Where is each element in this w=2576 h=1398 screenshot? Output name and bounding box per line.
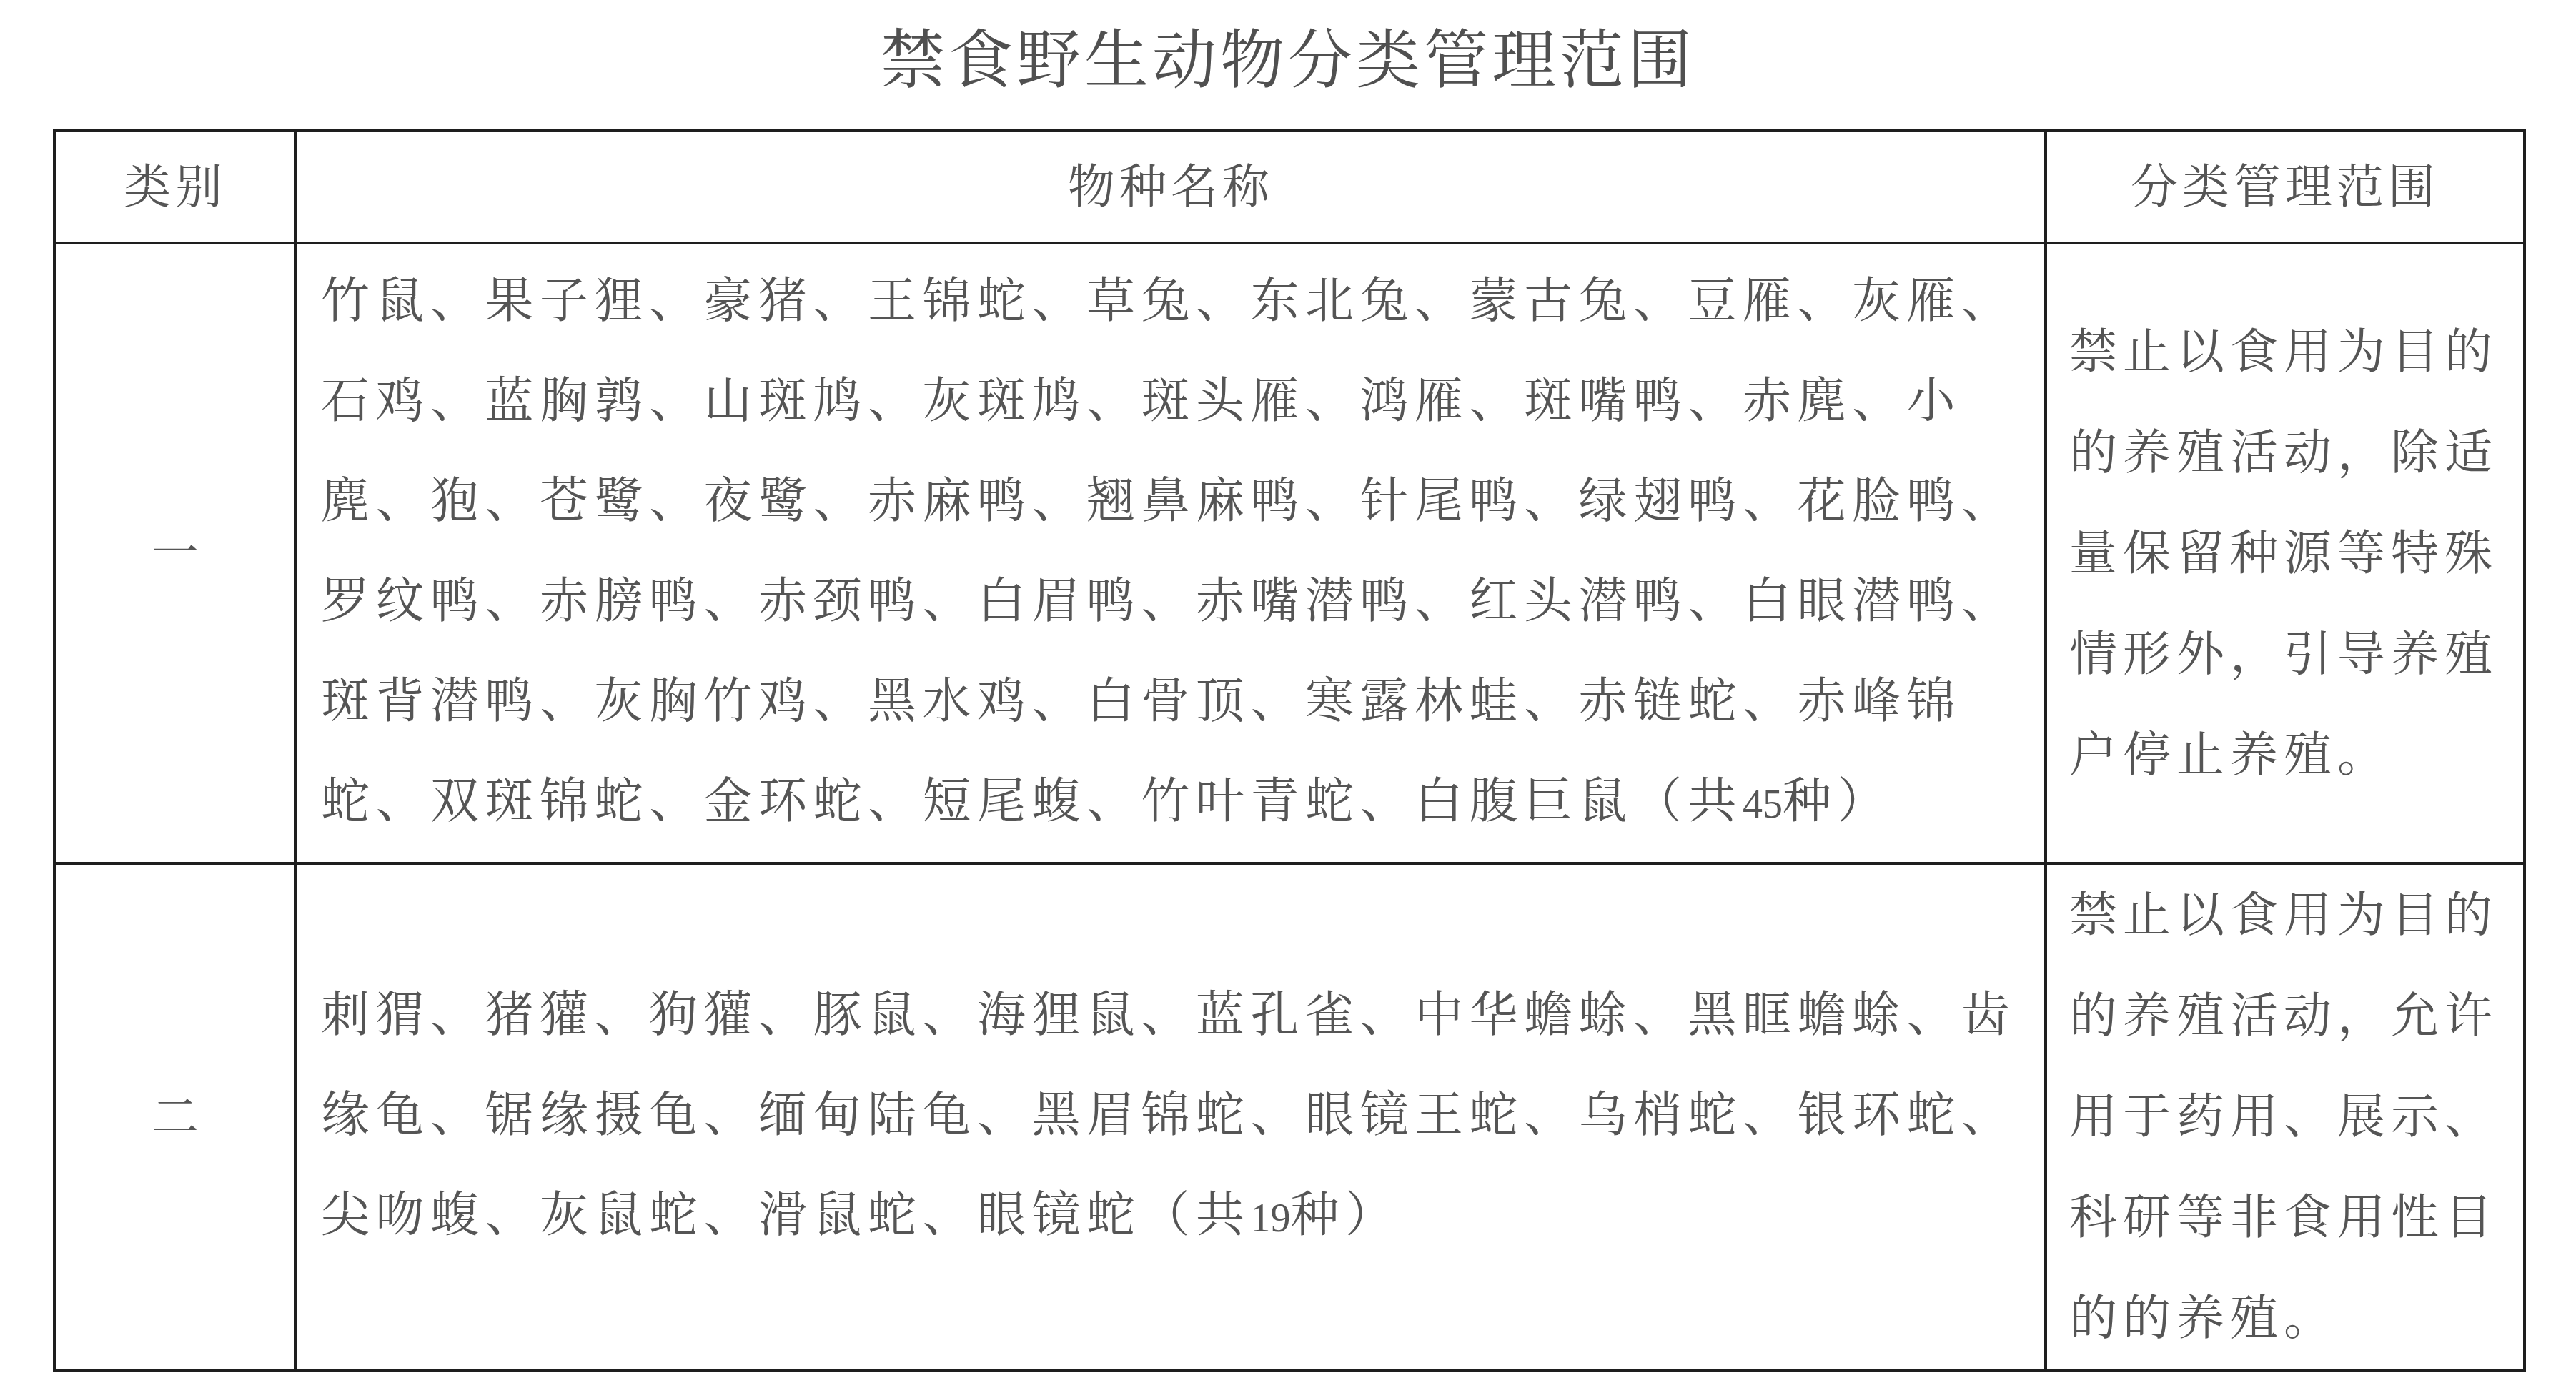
scope-line: 的的养殖。 [2069,1268,2509,1369]
species-text: 尖吻蝮、灰鼠蛇、滑鼠蛇、眼镜蛇（共 [321,1187,1251,1244]
scope-line: 量保留种源等特殊 [2069,503,2509,604]
scope-line: 户停止养殖。 [2069,705,2509,805]
species-count: 19 [1251,1196,1291,1241]
scope-line: 的养殖活动，除适 [2069,402,2509,503]
header-species: 物种名称 [296,131,2046,243]
species-line-last: 尖吻蝮、灰鼠蛇、滑鼠蛇、眼镜蛇（共19种） [321,1166,2030,1269]
species-line: 竹鼠、果子狸、豪猪、王锦蛇、草兔、东北兔、蒙古兔、豆雁、灰雁、 [321,252,2030,352]
category-cell: 一 [54,243,296,863]
scope-line: 的养殖活动，允许 [2069,966,2509,1066]
species-line: 麂、狍、苍鹭、夜鹭、赤麻鸭、翘鼻麻鸭、针尾鸭、绿翅鸭、花脸鸭、 [321,452,2030,552]
species-suffix: 种） [1783,773,1892,830]
scope-line: 禁止以食用为目的 [2069,865,2509,966]
species-line-last: 蛇、双斑锦蛇、金环蛇、短尾蝮、竹叶青蛇、白腹巨鼠（共45种） [321,752,2030,855]
category-cell: 二 [54,863,296,1370]
species-line: 刺猬、猪獾、狗獾、豚鼠、海狸鼠、蓝孔雀、中华蟾蜍、黑眶蟾蜍、齿 [321,966,2030,1066]
species-line: 罗纹鸭、赤膀鸭、赤颈鸭、白眉鸭、赤嘴潜鸭、红头潜鸭、白眼潜鸭、 [321,552,2030,652]
species-count: 45 [1743,783,1783,827]
scope-line: 情形外，引导养殖 [2069,604,2509,705]
species-line: 缘龟、锯缘摄龟、缅甸陆龟、黑眉锦蛇、眼镜王蛇、乌梢蛇、银环蛇、 [321,1066,2030,1166]
species-line: 石鸡、蓝胸鹑、山斑鸠、灰斑鸠、斑头雁、鸿雁、斑嘴鸭、赤麂、小 [321,352,2030,452]
scope-cell: 禁止以食用为目的 的养殖活动，除适 量保留种源等特殊 情形外，引导养殖 户停止养… [2046,243,2525,863]
table-header-row: 类别 物种名称 分类管理范围 [54,131,2525,243]
scope-line: 用于药用、展示、 [2069,1066,2509,1167]
scope-cell: 禁止以食用为目的 的养殖活动，允许 用于药用、展示、 科研等非食用性目 的的养殖… [2046,863,2525,1370]
species-suffix: 种） [1291,1187,1400,1244]
species-line: 斑背潜鸭、灰胸竹鸡、黑水鸡、白骨顶、寒露林蛙、赤链蛇、赤峰锦 [321,652,2030,752]
species-text: 蛇、双斑锦蛇、金环蛇、短尾蝮、竹叶青蛇、白腹巨鼠（共 [321,773,1743,830]
header-category: 类别 [54,131,296,243]
header-scope: 分类管理范围 [2046,131,2525,243]
page-title: 禁食野生动物分类管理范围 [0,21,2576,100]
table-row: 一 竹鼠、果子狸、豪猪、王锦蛇、草兔、东北兔、蒙古兔、豆雁、灰雁、 石鸡、蓝胸鹑… [54,243,2525,863]
table-row: 二 刺猬、猪獾、狗獾、豚鼠、海狸鼠、蓝孔雀、中华蟾蜍、黑眶蟾蜍、齿 缘龟、锯缘摄… [54,863,2525,1370]
scope-line: 科研等非食用性目 [2069,1167,2509,1268]
species-cell: 竹鼠、果子狸、豪猪、王锦蛇、草兔、东北兔、蒙古兔、豆雁、灰雁、 石鸡、蓝胸鹑、山… [296,243,2046,863]
scope-line: 禁止以食用为目的 [2069,302,2509,402]
species-cell: 刺猬、猪獾、狗獾、豚鼠、海狸鼠、蓝孔雀、中华蟾蜍、黑眶蟾蜍、齿 缘龟、锯缘摄龟、… [296,863,2046,1370]
wildlife-classification-table: 类别 物种名称 分类管理范围 一 竹鼠、果子狸、豪猪、王锦蛇、草兔、东北兔、蒙古… [53,129,2526,1372]
